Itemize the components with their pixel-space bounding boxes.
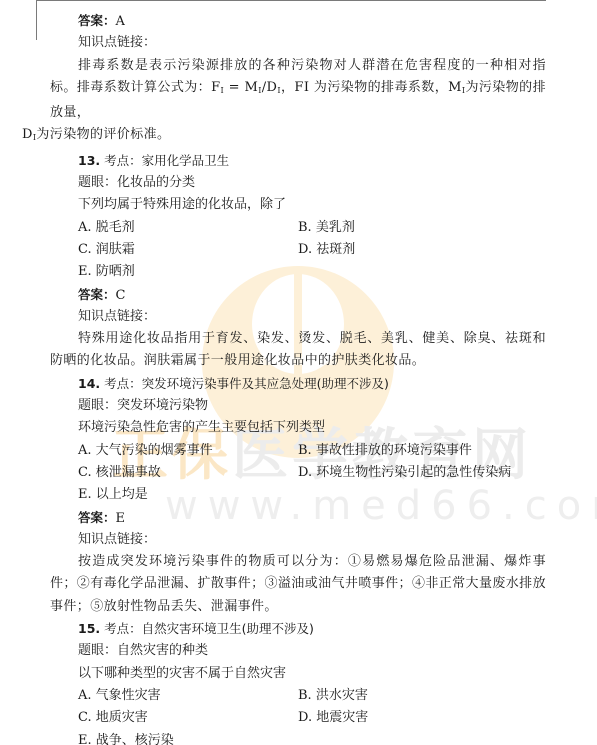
option-key: B. xyxy=(298,688,312,703)
option-key: E. xyxy=(78,733,92,745)
option-key: E. xyxy=(78,264,92,279)
option-c: C. 润肤霜 xyxy=(78,239,298,261)
question-number: 15. xyxy=(78,621,100,636)
option-e: E. 防晒剂 xyxy=(78,261,298,283)
option-text: 润肤霜 xyxy=(96,242,135,257)
option-text: 以上均是 xyxy=(96,487,148,502)
answer-label: 答案： xyxy=(78,510,116,525)
question-14-options: A. 大气污染的烟雾事件 B. 事故性排放的环境污染事件 C. 核泄漏事故 D.… xyxy=(50,440,546,507)
option-key: A. xyxy=(78,688,92,703)
answer-line: 答案：E xyxy=(50,507,546,529)
formula-mid: ，FI 为污染物的排毒系数，M xyxy=(281,80,462,95)
topic-label: 考点： xyxy=(104,153,142,168)
option-text: 环境生物性污染引起的急性传染病 xyxy=(316,465,511,480)
explanation-paragraph: 特殊用途化妆品指用于育发、染发、烫发、脱毛、美乳、健美、除臭、祛斑和防晒的化妆品… xyxy=(50,328,546,373)
formula-prefix: 排毒系数计算公式为：F xyxy=(77,80,221,95)
answer-label: 答案： xyxy=(78,13,116,28)
topic-text: 家用化学品卫生 xyxy=(142,153,230,168)
topic-label: 考点： xyxy=(104,621,142,636)
option-d: D. 地震灾害 xyxy=(298,707,498,729)
page-top-rule xyxy=(36,0,546,1)
option-c: C. 地质灾害 xyxy=(78,707,298,729)
option-text: 脱毛剂 xyxy=(96,220,135,235)
question-15-heading: 15. 考点：自然灾害环境卫生(助理不涉及) xyxy=(50,618,546,640)
option-text: 洪水灾害 xyxy=(316,688,368,703)
option-text: 事故性排放的环境污染事件 xyxy=(316,443,472,458)
option-e: E. 战争、核污染 xyxy=(78,730,298,745)
option-key: E. xyxy=(78,487,92,502)
option-b: B. 事故性排放的环境污染事件 xyxy=(298,440,498,462)
option-key: C. xyxy=(78,710,92,725)
page-side-rule xyxy=(36,0,37,40)
question-number: 14. xyxy=(78,376,100,391)
formula-eq: = M xyxy=(224,80,258,95)
answer-value: E xyxy=(116,511,126,526)
option-key: B. xyxy=(298,443,312,458)
question-number: 13. xyxy=(78,153,100,168)
option-b: B. 洪水灾害 xyxy=(298,685,498,707)
question-15-stem: 以下哪种类型的灾害不属于自然灾害 xyxy=(50,663,546,685)
option-b: B. 美乳剂 xyxy=(298,217,498,239)
answer-label: 答案： xyxy=(78,287,116,302)
knowledge-link-label: 知识点链接： xyxy=(50,529,546,551)
question-13-heading: 13. 考点：家用化学品卫生 xyxy=(50,150,546,172)
formula-slash: /D xyxy=(262,80,278,95)
option-text: 美乳剂 xyxy=(316,220,355,235)
document-body: 答案：A 知识点链接： 排毒系数是表示污染源排放的各种污染物对人群潜在危害程度的… xyxy=(50,10,546,745)
question-13-options: A. 脱毛剂 B. 美乳剂 C. 润肤霜 D. 祛斑剂 E. 防晒剂 xyxy=(50,217,546,284)
topic-text: 自然灾害环境卫生(助理不涉及) xyxy=(142,621,314,636)
option-key: C. xyxy=(78,465,92,480)
explanation-paragraph: 按造成突发环境污染事件的物质可以分为：①易燃易爆危险品泄漏、爆炸事件；②有毒化学… xyxy=(50,551,546,618)
question-15-focus: 题眼：自然灾害的种类 xyxy=(50,640,546,662)
answer-line: 答案：C xyxy=(50,284,546,306)
option-key: D. xyxy=(298,465,312,480)
option-text: 地震灾害 xyxy=(316,710,368,725)
option-text: 战争、核污染 xyxy=(96,733,174,745)
option-a: A. 气象性灾害 xyxy=(78,685,298,707)
formula-d: D xyxy=(22,127,33,142)
option-text: 地质灾害 xyxy=(96,710,148,725)
option-text: 祛斑剂 xyxy=(316,242,355,257)
answer-line: 答案：A xyxy=(50,10,546,32)
option-text: 大气污染的烟雾事件 xyxy=(96,443,213,458)
option-e: E. 以上均是 xyxy=(78,484,298,506)
option-text: 气象性灾害 xyxy=(96,688,161,703)
option-key: B. xyxy=(298,220,312,235)
question-14-stem: 环境污染急性危害的产生主要包括下列类型 xyxy=(50,417,546,439)
topic-label: 考点： xyxy=(104,376,142,391)
option-a: A. 脱毛剂 xyxy=(78,217,298,239)
option-key: C. xyxy=(78,242,92,257)
knowledge-link-label: 知识点链接： xyxy=(50,306,546,328)
option-d: D. 祛斑剂 xyxy=(298,239,498,261)
option-key: D. xyxy=(298,242,312,257)
option-text: 防晒剂 xyxy=(96,264,135,279)
option-a: A. 大气污染的烟雾事件 xyxy=(78,440,298,462)
question-14-focus: 题眼：突发环境污染物 xyxy=(50,395,546,417)
option-key: A. xyxy=(78,443,92,458)
question-13-focus: 题眼：化妆品的分类 xyxy=(50,172,546,194)
question-14-heading: 14. 考点：突发环境污染事件及其应急处理(助理不涉及) xyxy=(50,373,546,395)
option-key: D. xyxy=(298,710,312,725)
question-13-stem: 下列均属于特殊用途的化妆品，除了 xyxy=(50,194,546,216)
question-15-options: A. 气象性灾害 B. 洪水灾害 C. 地质灾害 D. 地震灾害 E. 战争、核… xyxy=(50,685,546,745)
option-text: 核泄漏事故 xyxy=(96,465,161,480)
knowledge-link-label: 知识点链接： xyxy=(50,32,546,54)
option-d: D. 环境生物性污染引起的急性传染病 xyxy=(298,462,498,484)
option-key: A. xyxy=(78,220,92,235)
answer-value: C xyxy=(116,288,126,303)
option-c: C. 核泄漏事故 xyxy=(78,462,298,484)
formula-tail: 为污染物的评价标准。 xyxy=(36,127,170,142)
answer-value: A xyxy=(116,14,125,29)
topic-text: 突发环境污染事件及其应急处理(助理不涉及) xyxy=(142,376,389,391)
explanation-paragraph: 排毒系数是表示污染源排放的各种污染物对人群潜在危害程度的一种相对指标。排毒系数计… xyxy=(50,55,546,150)
